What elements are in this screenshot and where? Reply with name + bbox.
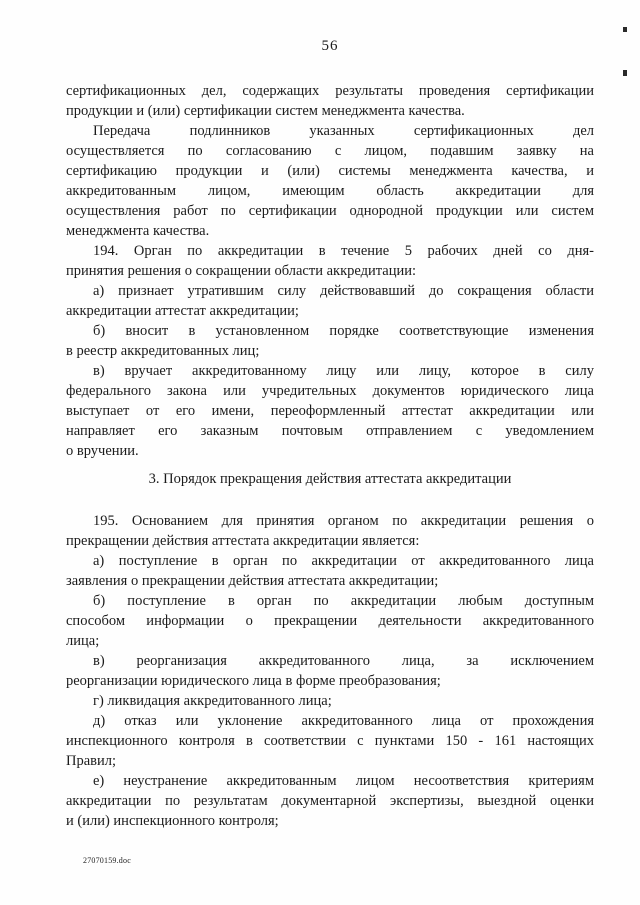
paragraph: а) признает утратившим силу действовавши… — [66, 281, 594, 321]
text-line: д) отказ или уклонение аккредитованного … — [66, 711, 594, 731]
scan-artifact — [623, 27, 627, 32]
paragraph: е) неустранение аккредитованным лицом не… — [66, 771, 594, 831]
text-line: г) ликвидация аккредитованного лица; — [66, 691, 594, 711]
text-line: аккредитации по результатам документарно… — [66, 791, 594, 811]
text-line: аккредитованным лицом, имеющим область а… — [66, 181, 594, 201]
text-line: а) признает утратившим силу действовавши… — [66, 281, 594, 301]
text-line: аккредитации аттестат аккредитации; — [66, 301, 594, 321]
text-line: о вручении. — [66, 441, 594, 461]
paragraph: в) вручает аккредитованному лицу или лиц… — [66, 361, 594, 461]
text-line: федерального закона или учредительных до… — [66, 381, 594, 401]
page-number: 56 — [66, 38, 594, 55]
document-body: сертификационных дел, содержащих результ… — [66, 81, 594, 831]
section-heading: 3. Порядок прекращения действия аттестат… — [66, 469, 594, 489]
text-line: осуществляется по согласованию с лицом, … — [66, 141, 594, 161]
text-line: продукции и (или) сертификации систем ме… — [66, 101, 594, 121]
text-line: способом информации о прекращении деятел… — [66, 611, 594, 631]
text-line: б) поступление в орган по аккредитации л… — [66, 591, 594, 611]
text-line: а) поступление в орган по аккредитации о… — [66, 551, 594, 571]
text-line: реорганизации юридического лица в форме … — [66, 671, 594, 691]
text-line: б) вносит в установленном порядке соотве… — [66, 321, 594, 341]
text-line: инспекционного контроля в соответствии с… — [66, 731, 594, 751]
text-line: в реестр аккредитованных лиц; — [66, 341, 594, 361]
text-line: и (или) инспекционного контроля; — [66, 811, 594, 831]
paragraph: в) реорганизация аккредитованного лица, … — [66, 651, 594, 691]
text-line: Передача подлинников указанных сертифика… — [66, 121, 594, 141]
text-line: выступает от его имени, переоформленный … — [66, 401, 594, 421]
text-line: заявления о прекращении действия аттеста… — [66, 571, 594, 591]
paragraph: Передача подлинников указанных сертифика… — [66, 121, 594, 241]
text-line: в) реорганизация аккредитованного лица, … — [66, 651, 594, 671]
paragraph: б) вносит в установленном порядке соотве… — [66, 321, 594, 361]
text-line: лица; — [66, 631, 594, 651]
paragraph: д) отказ или уклонение аккредитованного … — [66, 711, 594, 771]
text-line: сертификационных дел, содержащих результ… — [66, 81, 594, 101]
text-line: осуществления работ по сертификации одно… — [66, 201, 594, 221]
text-line: Правил; — [66, 751, 594, 771]
paragraph: г) ликвидация аккредитованного лица; — [66, 691, 594, 711]
text-line: 194. Орган по аккредитации в течение 5 р… — [66, 241, 594, 261]
text-line: менеджмента качества. — [66, 221, 594, 241]
scan-artifact — [623, 70, 627, 76]
document-page: 56 сертификационных дел, содержащих резу… — [0, 0, 640, 905]
paragraph: 194. Орган по аккредитации в течение 5 р… — [66, 241, 594, 281]
text-line: принятия решения о сокращении области ак… — [66, 261, 594, 281]
paragraph: б) поступление в орган по аккредитации л… — [66, 591, 594, 651]
text-line: в) вручает аккредитованному лицу или лиц… — [66, 361, 594, 381]
footer-filename: 27070159.doc — [83, 856, 131, 865]
text-line: направляет его заказным почтовым отправл… — [66, 421, 594, 441]
paragraph: сертификационных дел, содержащих результ… — [66, 81, 594, 121]
paragraph: а) поступление в орган по аккредитации о… — [66, 551, 594, 591]
text-line: сертификацию продукции и (или) системы м… — [66, 161, 594, 181]
paragraph: 195. Основанием для принятия органом по … — [66, 511, 594, 551]
text-line: 3. Порядок прекращения действия аттестат… — [66, 469, 594, 489]
text-line: е) неустранение аккредитованным лицом не… — [66, 771, 594, 791]
text-line: 195. Основанием для принятия органом по … — [66, 511, 594, 531]
text-line: прекращении действия аттестата аккредита… — [66, 531, 594, 551]
